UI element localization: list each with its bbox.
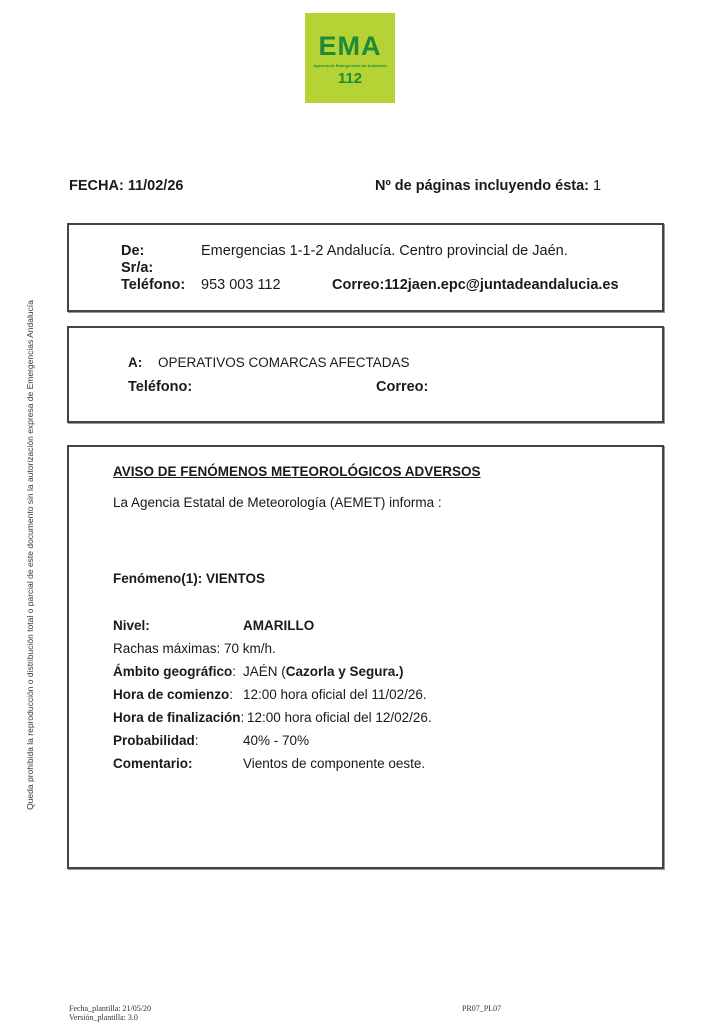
nivel-value: AMARILLO xyxy=(243,618,314,633)
footer-fecha-plantilla: Fecha_plantilla: 21/05/20 xyxy=(69,1004,151,1013)
logo-title: EMA xyxy=(305,33,395,60)
fecha-field: FECHA: 11/02/26 xyxy=(69,178,183,194)
de-label: De: xyxy=(121,243,144,259)
aviso-title: AVISO DE FENÓMENOS METEOROLÓGICOS ADVERS… xyxy=(113,464,481,479)
nivel-label: Nivel: xyxy=(113,618,150,633)
copyright-side-note: Queda prohibida la reproducción o distri… xyxy=(25,300,35,810)
pages-field: Nº de páginas incluyendo ésta: 1 xyxy=(375,178,601,194)
fenomeno-value: VIENTOS xyxy=(206,571,265,586)
recipient-telefono-label: Teléfono: xyxy=(128,379,192,395)
rachas-text: Rachas máximas: 70 km/h. xyxy=(113,641,276,656)
telefono-value: 953 003 112 xyxy=(201,277,281,293)
ambito-value: JAÉN (Cazorla y Segura.) xyxy=(243,664,404,679)
a-label: A: xyxy=(128,355,142,370)
ambito-label-wrap: Ámbito geográfico: xyxy=(113,664,236,679)
pages-value: 1 xyxy=(593,178,601,194)
comienzo-label: Hora de comienzo xyxy=(113,687,229,702)
pages-label: Nº de páginas incluyendo ésta: xyxy=(375,178,589,194)
logo-subtitle: Agencia de Emergencias de Andalucía xyxy=(305,63,395,68)
footer-version-plantilla: Versión_plantilla: 3.0 xyxy=(69,1013,138,1022)
correo-label: Correo: xyxy=(332,277,384,293)
sender-box: De: Emergencias 1-1-2 Andalucía. Centro … xyxy=(67,223,664,312)
footer-code: PR07_PL07 xyxy=(462,1004,501,1013)
fecha-value: 11/02/26 xyxy=(128,178,184,194)
fenomeno-field: Fenómeno(1): VIENTOS xyxy=(113,571,265,586)
a-value: OPERATIVOS COMARCAS AFECTADAS xyxy=(158,355,410,370)
comentario-label: Comentario: xyxy=(113,756,193,771)
aviso-box: AVISO DE FENÓMENOS METEOROLÓGICOS ADVERS… xyxy=(67,445,664,869)
ambito-label: Ámbito geográfico xyxy=(113,664,232,679)
finalizacion-label-wrap: Hora de finalización: xyxy=(113,710,244,725)
comienzo-value: 12:00 hora oficial del 11/02/26. xyxy=(243,687,427,702)
aviso-intro: La Agencia Estatal de Meteorología (AEME… xyxy=(113,495,442,510)
comentario-value: Vientos de componente oeste. xyxy=(243,756,425,771)
sra-label: Sr/a: xyxy=(121,260,153,276)
correo-value: 112jaen.epc@juntadeandalucia.es xyxy=(384,277,618,293)
comienzo-label-wrap: Hora de comienzo: xyxy=(113,687,233,702)
finalizacion-label: Hora de finalización xyxy=(113,710,241,725)
telefono-label: Teléfono: xyxy=(121,277,185,293)
de-value: Emergencias 1-1-2 Andalucía. Centro prov… xyxy=(201,243,568,259)
probabilidad-value: 40% - 70% xyxy=(243,733,309,748)
recipient-correo-label: Correo: xyxy=(376,379,428,395)
correo-field: Correo:112jaen.epc@juntadeandalucia.es xyxy=(332,277,619,293)
fecha-label: FECHA: xyxy=(69,178,124,194)
logo-number: 112 xyxy=(305,71,395,87)
probabilidad-label: Probabilidad xyxy=(113,733,195,748)
ema-logo: EMA Agencia de Emergencias de Andalucía … xyxy=(305,13,395,103)
probabilidad-label-wrap: Probabilidad: xyxy=(113,733,199,748)
finalizacion-value: 12:00 hora oficial del 12/02/26. xyxy=(247,710,432,725)
fenomeno-label: Fenómeno(1): xyxy=(113,571,202,586)
recipient-box: A: OPERATIVOS COMARCAS AFECTADAS Teléfon… xyxy=(67,326,664,423)
